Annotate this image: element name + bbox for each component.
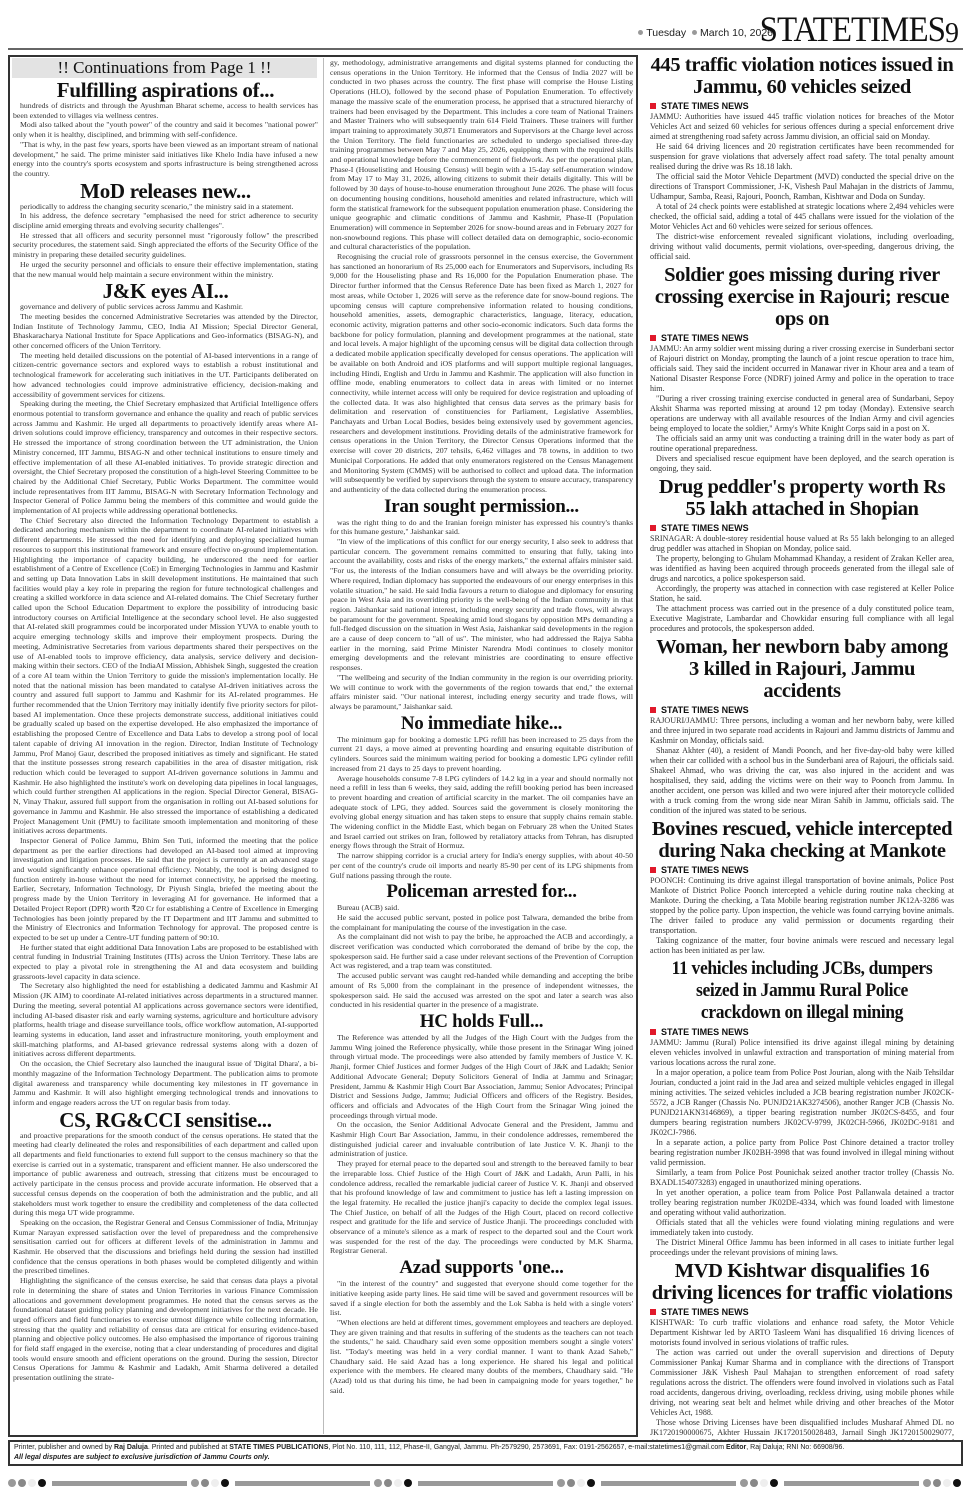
paragraph: Similarly, a team from Police Post Pouni… — [650, 1168, 954, 1188]
paragraph: Accordingly, the property was attached i… — [650, 584, 954, 604]
circle-icon — [38, 1479, 46, 1487]
news-column: 445 traffic violation notices issued in … — [650, 52, 954, 1440]
red-square-icon — [650, 525, 656, 531]
paragraph: gy, methodology, administrative arrangem… — [330, 58, 633, 252]
byline-text: STATE TIMES NEWS — [661, 1027, 749, 1037]
paragraph: The official said the Motor Vehicle Depa… — [650, 172, 954, 202]
edition-day: Tuesday — [646, 27, 686, 39]
red-square-icon — [650, 867, 656, 873]
circle-icon — [760, 1479, 768, 1487]
paragraph: On the occasion, the Chief Secretary als… — [13, 1059, 318, 1108]
paragraph: Those whose Driving Licenses have been d… — [650, 1418, 954, 1440]
paragraph: periodically to address the changing sec… — [13, 202, 318, 212]
paragraph: JAMMU: Jammu (Rural) Police intensified … — [650, 1038, 954, 1068]
paragraph: KISHTWAR: To curb traffic violations and… — [650, 1318, 954, 1348]
bullet-icon — [638, 30, 643, 35]
red-square-icon — [650, 707, 656, 713]
paragraph: Highlighting the significance of the cen… — [13, 1276, 318, 1383]
imprint-mid: . Printed and published at — [148, 1444, 227, 1451]
article-headline: 11 vehicles including JCBs, dumpers seiz… — [658, 958, 947, 1024]
paragraph: Speaking on the occasion, the Registrar … — [13, 1218, 318, 1276]
paragraph: JAMMU: An army soldier went missing duri… — [650, 344, 954, 394]
paragraph: Bureau (ACB) said. — [330, 903, 633, 913]
paragraph: "During a river crossing training exerci… — [650, 394, 954, 434]
circle-icon — [750, 1479, 758, 1487]
paragraph: The property, belonging to Ghulam Mohamm… — [650, 554, 954, 584]
bar-shape — [601, 1481, 736, 1486]
circle-icon — [933, 1479, 941, 1487]
article: 445 traffic violation notices issued in … — [650, 54, 954, 262]
circle-icon — [221, 1479, 229, 1487]
circle-icon — [953, 1479, 961, 1487]
article-headline: 445 traffic violation notices issued in … — [650, 54, 954, 98]
page-number: 9 — [945, 18, 959, 50]
article: MVD Kishtwar disqualifies 16 driving lic… — [650, 1260, 954, 1440]
circle-icon — [374, 1479, 382, 1487]
continuations-banner: !! Continuations from Page 1 !! — [12, 58, 317, 78]
owner-name: Raj Daluja — [114, 1444, 148, 1451]
paragraph: POONCH: Continuing its drive against ill… — [650, 876, 954, 936]
paragraph: was the right thing to do and the Irania… — [330, 518, 633, 537]
byline-text: STATE TIMES NEWS — [661, 101, 749, 111]
red-square-icon — [650, 1029, 656, 1035]
paragraph: The Reference was attended by all the Ju… — [330, 1033, 633, 1120]
paragraph: A total of 24 check points were establis… — [650, 202, 954, 232]
paragraph: He said 64 driving licences and 20 regis… — [650, 142, 954, 172]
article-headline: Bovines rescued, vehicle intercepted dur… — [650, 818, 954, 862]
circle-icon — [587, 1479, 595, 1487]
byline: STATE TIMES NEWS — [650, 705, 954, 715]
paragraph: The meeting held detailed discussions on… — [13, 351, 318, 400]
publisher-address: , Plot No. 110, 111, 112, Phase-II, Gang… — [328, 1444, 724, 1451]
paragraph: The officials said an army unit was cond… — [650, 434, 954, 454]
byline: STATE TIMES NEWS — [650, 523, 954, 533]
section-title: HC holds Full... — [330, 1012, 633, 1032]
paragraph: As the complainant did not wish to pay t… — [330, 932, 633, 971]
paragraph: He further stated that eight additional … — [13, 943, 318, 982]
byline: STATE TIMES NEWS — [650, 101, 954, 111]
paragraph: Inspector General of Police Jammu, Bhim … — [13, 836, 318, 943]
continuations-column-2: gy, methodology, administrative arrangem… — [330, 58, 633, 1434]
circle-icon — [557, 1479, 565, 1487]
red-square-icon — [650, 335, 656, 341]
section-title: Fulfilling aspirations of... — [13, 80, 318, 100]
circle-icon — [28, 1479, 36, 1487]
paragraph: The Secretary also highlighted the need … — [13, 981, 318, 1059]
red-square-icon — [650, 103, 656, 109]
edition-date: Tuesday March 10, 2026 — [635, 27, 773, 39]
paragraph: The district-wise enforcement revealed s… — [650, 232, 954, 262]
article-headline: MVD Kishtwar disqualifies 16 driving lic… — [650, 1260, 954, 1304]
article: 11 vehicles including JCBs, dumpers seiz… — [650, 958, 954, 1258]
paragraph: "The wellbeing and security of the India… — [330, 673, 633, 712]
paragraph: The minimum gap for booking a domestic L… — [330, 735, 633, 774]
article-headline: Soldier goes missing during river crossi… — [650, 264, 954, 330]
paragraph: "In view of the implications of this con… — [330, 537, 633, 673]
paragraph: Speaking during the meeting, the Chief S… — [13, 399, 318, 515]
circle-icon — [394, 1479, 402, 1487]
paragraph: The meeting besides the concerned Admini… — [13, 312, 318, 351]
paragraph: SRINAGAR: A double-storey residential ho… — [650, 534, 954, 554]
masthead: Tuesday March 10, 2026 STATETIMES 9 — [0, 0, 963, 48]
imprint-prefix: Printer, publisher and owned by — [14, 1444, 112, 1451]
circle-icon — [943, 1479, 951, 1487]
paragraph: In a major operation, a police team from… — [650, 1068, 954, 1138]
circle-icon — [404, 1479, 412, 1487]
decorative-border — [8, 1478, 963, 1488]
red-square-icon — [650, 1309, 656, 1315]
imprint-line: Printer, publisher and owned by Raj Dalu… — [14, 1443, 957, 1453]
circle-icon — [770, 1479, 778, 1487]
paragraph: governance and delivery of public servic… — [13, 302, 318, 312]
byline-text: STATE TIMES NEWS — [661, 865, 749, 875]
byline: STATE TIMES NEWS — [650, 333, 954, 343]
section-title: Policeman arrested for... — [330, 882, 633, 902]
article: Soldier goes missing during river crossi… — [650, 264, 954, 474]
paragraph: He said the accused public servant, post… — [330, 913, 633, 932]
article: Woman, her newborn baby among 3 killed i… — [650, 636, 954, 816]
paragraph: Officials stated that all the vehicles w… — [650, 1218, 954, 1238]
byline: STATE TIMES NEWS — [650, 865, 954, 875]
paragraph: Recognising the crucial role of grassroo… — [330, 252, 633, 495]
paragraph: The narrow shipping corridor is a crucia… — [330, 851, 633, 880]
byline-text: STATE TIMES NEWS — [661, 333, 749, 343]
article-headline: Drug peddler's property worth Rs 55 lakh… — [650, 476, 954, 520]
newspaper-logo: STATETIMES — [760, 10, 945, 51]
section-title: CS, RG&CCI sensitise... — [13, 1110, 318, 1130]
section-title: J&K eyes AI... — [13, 281, 318, 301]
paragraph: The accused public servant was caught re… — [330, 971, 633, 1010]
paragraph: In yet another operation, a police team … — [650, 1188, 954, 1218]
paragraph: Taking cognizance of the matter, four bo… — [650, 936, 954, 956]
imprint-footer: Printer, publisher and owned by Raj Dalu… — [8, 1440, 963, 1466]
byline: STATE TIMES NEWS — [650, 1307, 954, 1317]
paragraph: "When elections are held at different ti… — [330, 1318, 633, 1396]
paragraph: The action was carried out under the ove… — [650, 1348, 954, 1418]
continuations-column-1: Fulfilling aspirations of... hundreds of… — [13, 78, 318, 1434]
paragraph: hundreds of districts and through the Ay… — [13, 101, 318, 120]
publisher-name: STATE TIMES PUBLICATIONS — [229, 1444, 328, 1451]
bar-shape — [418, 1481, 553, 1486]
article-headline: Woman, her newborn baby among 3 killed i… — [650, 636, 954, 702]
circle-icon — [191, 1479, 199, 1487]
section-title: Azad supports 'one... — [330, 1258, 633, 1278]
paragraph: Modi also talked about the "youth power"… — [13, 120, 318, 139]
circle-icon — [577, 1479, 585, 1487]
paragraph: In his address, the defence secretary "e… — [13, 211, 318, 230]
article: Bovines rescued, vehicle intercepted dur… — [650, 818, 954, 956]
byline-text: STATE TIMES NEWS — [661, 523, 749, 533]
paragraph: "in the interest of the country" and sug… — [330, 1279, 633, 1318]
paragraph: The District Mineral Office Jammu has be… — [650, 1238, 954, 1258]
circle-icon — [384, 1479, 392, 1487]
section-title: No immediate hike... — [330, 714, 633, 734]
byline-text: STATE TIMES NEWS — [661, 1307, 749, 1317]
paragraph: Average households consume 7-8 LPG cylin… — [330, 774, 633, 852]
circle-icon — [740, 1479, 748, 1487]
byline: STATE TIMES NEWS — [650, 1027, 954, 1037]
paragraph: He urged the security personnel and offi… — [13, 260, 318, 279]
bar-shape — [52, 1481, 187, 1486]
circle-icon — [923, 1479, 931, 1487]
circle-icon — [567, 1479, 575, 1487]
circle-icon — [201, 1479, 209, 1487]
paragraph: "That is why, in the past few years, spo… — [13, 140, 318, 179]
paragraph: The Chief Secretary also directed the In… — [13, 516, 318, 836]
circle-icon — [211, 1479, 219, 1487]
paragraph: Divers and specialised rescue equipment … — [650, 454, 954, 474]
byline-text: STATE TIMES NEWS — [661, 705, 749, 715]
paragraph: He stressed that all officers and securi… — [13, 231, 318, 260]
legal-disclaimer: All legal disputes are subject to exclus… — [14, 1453, 957, 1463]
circle-icon — [18, 1479, 26, 1487]
section-title: Iran sought permission... — [330, 497, 633, 517]
column-divider — [323, 58, 324, 1434]
article: Drug peddler's property worth Rs 55 lakh… — [650, 476, 954, 634]
editor-info: , Raj Daluja; RNI No: 66908/96. — [746, 1444, 844, 1451]
circle-icon — [8, 1479, 16, 1487]
masthead-rule — [8, 48, 963, 50]
bar-shape — [784, 1481, 919, 1486]
editor-label: Editor — [726, 1444, 746, 1451]
paragraph: On the occasion, the Senior Additional A… — [330, 1120, 633, 1159]
paragraph: In a separate action, a police party fro… — [650, 1138, 954, 1168]
paragraph: JAMMU: Authorities have issued 445 traff… — [650, 112, 954, 142]
section-title: MoD releases new... — [13, 181, 318, 201]
bullet-icon — [692, 30, 697, 35]
bar-shape — [235, 1481, 370, 1486]
paragraph: and proactive preparations for the smoot… — [13, 1131, 318, 1218]
paragraph: Shanaz Akhter (40), a resident of Mandi … — [650, 746, 954, 816]
paragraph: They prayed for eternal peace to the dep… — [330, 1159, 633, 1256]
paragraph: RAJOURI/JAMMU: Three persons, including … — [650, 716, 954, 746]
paragraph: The attachment process was carried out i… — [650, 604, 954, 634]
